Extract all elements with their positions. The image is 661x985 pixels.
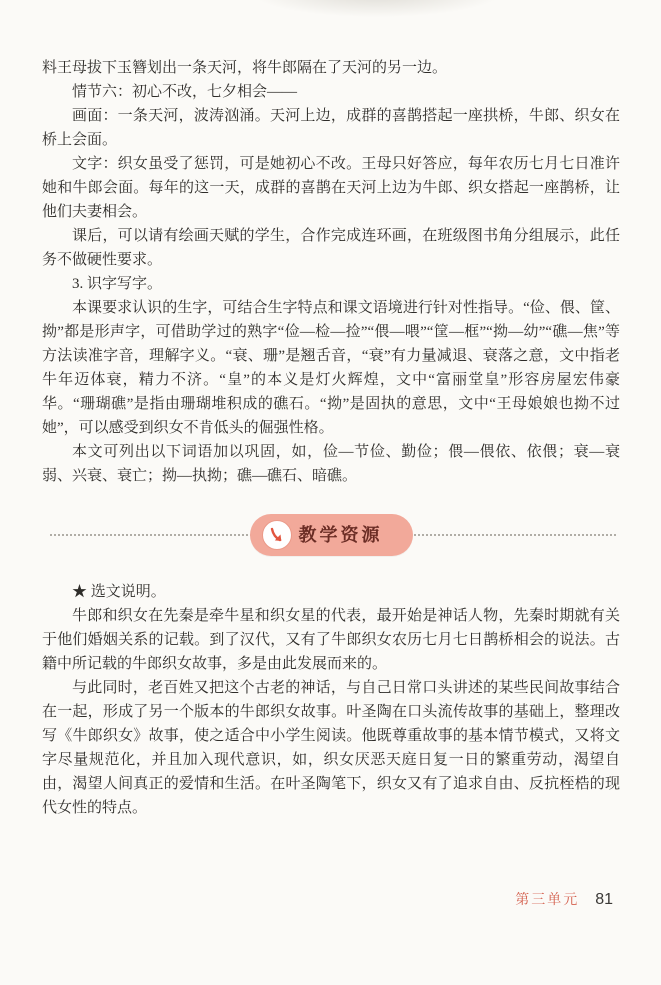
paragraph-word-list: 本文可列出以下词语加以巩固，如，俭—节俭、勤俭；偎—偎依、依偎；衰—衰弱、兴衰、… [42, 440, 620, 488]
paragraph-continuation: 料王母拔下玉簪划出一条天河，将牛郎隔在了天河的另一边。 [42, 56, 620, 80]
paragraph-literacy-guidance: 本课要求认识的生字，可结合生字特点和课文语境进行针对性指导。“俭、偎、筐、拗”都… [42, 296, 620, 440]
page-footer: 第三单元 81 [515, 889, 613, 909]
paragraph-caption-text: 文字：织女虽受了惩罚，可是她初心不改。王母只好答应，每年农历七月七日准许她和牛郎… [42, 152, 620, 224]
paragraph-ye-shengtao: 与此同时，老百姓又把这个古老的神话，与自己日常口头讲述的某些民间故事结合在一起，… [42, 676, 620, 820]
paragraph-literacy-heading: 3. 识字写字。 [42, 272, 620, 296]
teaching-resources-badge: 教学资源 [250, 514, 413, 556]
unit-label: 第三单元 [515, 889, 579, 909]
page-content: 料王母拔下玉簪划出一条天河，将牛郎隔在了天河的另一边。 情节六：初心不改，七夕相… [42, 56, 620, 820]
section-divider: 教学资源 [42, 514, 620, 556]
badge-label: 教学资源 [299, 523, 383, 547]
paragraph-plot-six: 情节六：初心不改，七夕相会—— [42, 80, 620, 104]
scanned-textbook-page: 料王母拔下玉簪划出一条天河，将牛郎隔在了天河的另一边。 情节六：初心不改，七夕相… [0, 0, 661, 985]
down-arrow-circle-icon [262, 520, 292, 550]
paragraph-legend-origin: 牛郎和织女在先秦是牵牛星和织女星的代表，最开始是神话人物，先秦时期就有关于他们婚… [42, 604, 620, 676]
paragraph-picture: 画面：一条天河，波涛汹涌。天河上边，成群的喜鹊搭起一座拱桥，牛郎、织女在桥上会面… [42, 104, 620, 152]
page-number: 81 [595, 891, 613, 909]
resources-heading: ★ 选文说明。 [42, 580, 620, 604]
paragraph-after-class: 课后，可以请有绘画天赋的学生，合作完成连环画，在班级图书角分组展示，此任务不做硬… [42, 224, 620, 272]
